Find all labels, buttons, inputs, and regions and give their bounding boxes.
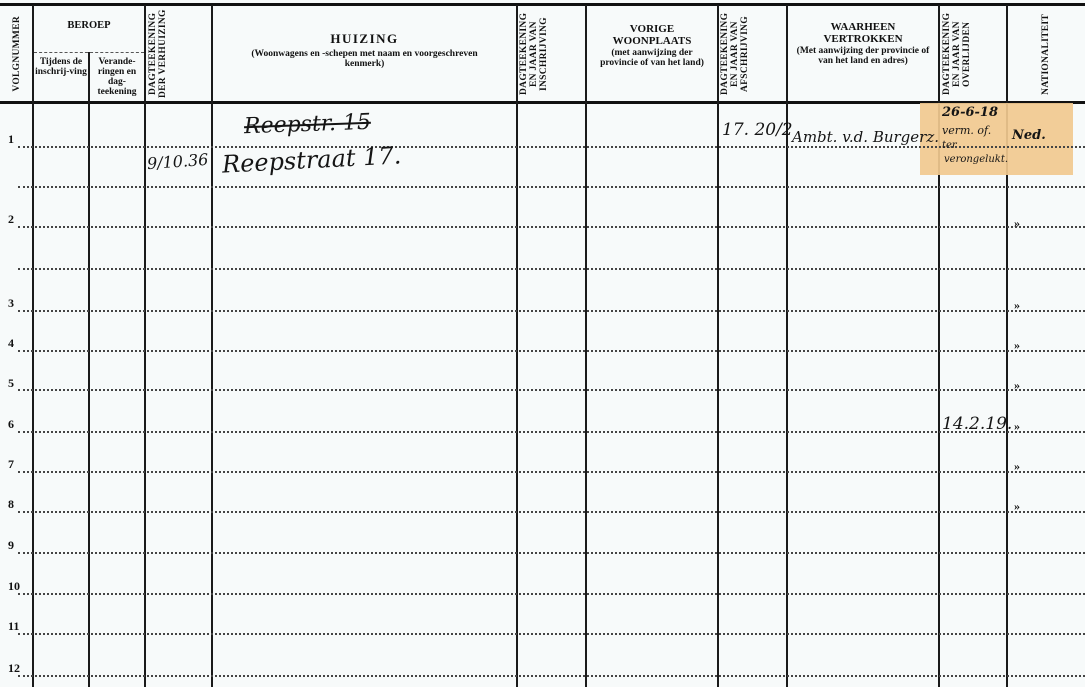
huizing-subtitle: (Woonwagens en -schepen met naam en voor…	[250, 50, 480, 70]
row-number: 7	[8, 457, 14, 472]
header-beroep: BEROEP	[34, 20, 144, 31]
top-border	[0, 3, 1085, 6]
waarheen-subtitle: (Met aanwijzing der provincie of van het…	[792, 47, 934, 67]
row1-waarheen: Ambt. v.d. Burgerz.	[792, 128, 939, 146]
beroep-subdivider	[34, 52, 144, 53]
nationality-mark: »	[1014, 338, 1020, 353]
waarheen-title: WAARHEEN VERTROKKEN	[818, 22, 908, 45]
row-number: 5	[8, 376, 14, 391]
nationality-mark: »	[1014, 459, 1020, 474]
nationality-mark: »	[1014, 378, 1020, 393]
row1-overlijden-date: 26-6-18	[942, 105, 998, 120]
vorige-subtitle: (met aanwijzing der provincie of van het…	[596, 49, 708, 69]
row-number: 6	[8, 417, 14, 432]
nationality-mark: »	[1014, 419, 1020, 434]
row-line	[18, 186, 1085, 188]
row-line	[18, 552, 1085, 554]
row-line	[18, 310, 1085, 312]
nationality-mark: »	[1014, 216, 1020, 231]
column-divider	[786, 5, 788, 687]
huizing-title: HUIZING	[213, 32, 516, 46]
row-line	[18, 633, 1085, 635]
row-number: 3	[8, 296, 14, 311]
row1-overlijden-note: verongelukt.	[944, 154, 1008, 165]
header-dagteekening-verhuizing: DAGTEEKENING DER VERHUIZING	[146, 8, 210, 100]
row-line	[18, 593, 1085, 595]
column-divider	[717, 5, 719, 687]
header-nationaliteit: NATIONALITEIT	[1008, 8, 1085, 100]
vorige-title: VORIGE WOONPLAATS	[612, 24, 692, 47]
header-beroep-veranderingen: Verande-ringen en dag-teekening	[90, 58, 144, 98]
row-line	[18, 389, 1085, 391]
row-line	[18, 226, 1085, 228]
row6-overlijden-date: 14.2.19.	[942, 414, 1012, 434]
row-number: 2	[8, 212, 14, 227]
row1-overlijden-note: ter	[942, 140, 957, 151]
row1-overlijden-note: verm. of.	[942, 124, 991, 137]
column-divider	[516, 5, 518, 687]
header-beroep-tijdens: Tijdens de inschrij-ving	[35, 58, 87, 78]
row1-nationaliteit: Ned.	[1012, 128, 1046, 143]
nationality-mark: »	[1014, 499, 1020, 514]
row-line	[18, 471, 1085, 473]
row1-huizing-crossed-out: Reepstr. 15	[244, 110, 372, 139]
row-number: 4	[8, 336, 14, 351]
header-afschrijving: DAGTEEKENING EN JAAR VAN AFSCHRIJVING	[719, 8, 785, 100]
header-volgnummer: VOLGNUMMER	[6, 8, 30, 100]
row-line	[18, 146, 1085, 148]
column-divider	[32, 5, 34, 687]
row-number: 11	[8, 619, 19, 634]
row-number: 10	[8, 579, 20, 594]
row-line	[18, 268, 1085, 270]
header-vorige-woonplaats: VORIGE WOONPLAATS (met aanwijzing der pr…	[587, 24, 717, 69]
row1-verhuizing-date: 9/10.36	[146, 150, 209, 173]
header-overlijden: DAGTEEKENING EN JAAR VAN OVERLIJDEN	[940, 8, 1005, 100]
row-line	[18, 431, 1085, 433]
row-number: 9	[8, 538, 14, 553]
row-line	[18, 350, 1085, 352]
column-divider	[144, 5, 146, 687]
column-divider	[211, 5, 213, 687]
row-number: 12	[8, 661, 20, 676]
row-line	[18, 511, 1085, 513]
nationality-mark: »	[1014, 298, 1020, 313]
header-inschrijving: DAGTEEKENING EN JAAR VAN INSCHRIJVING	[518, 8, 584, 100]
header-waarheen-vertrokken: WAARHEEN VERTROKKEN (Met aanwijzing der …	[788, 22, 938, 67]
row-number: 1	[8, 132, 14, 147]
row-number: 8	[8, 497, 14, 512]
row-line	[18, 675, 1085, 677]
row1-afschrijving-date: 17. 20/2	[722, 120, 793, 140]
header-huizing: HUIZING (Woonwagens en -schepen met naam…	[213, 32, 516, 70]
column-divider	[585, 5, 587, 687]
